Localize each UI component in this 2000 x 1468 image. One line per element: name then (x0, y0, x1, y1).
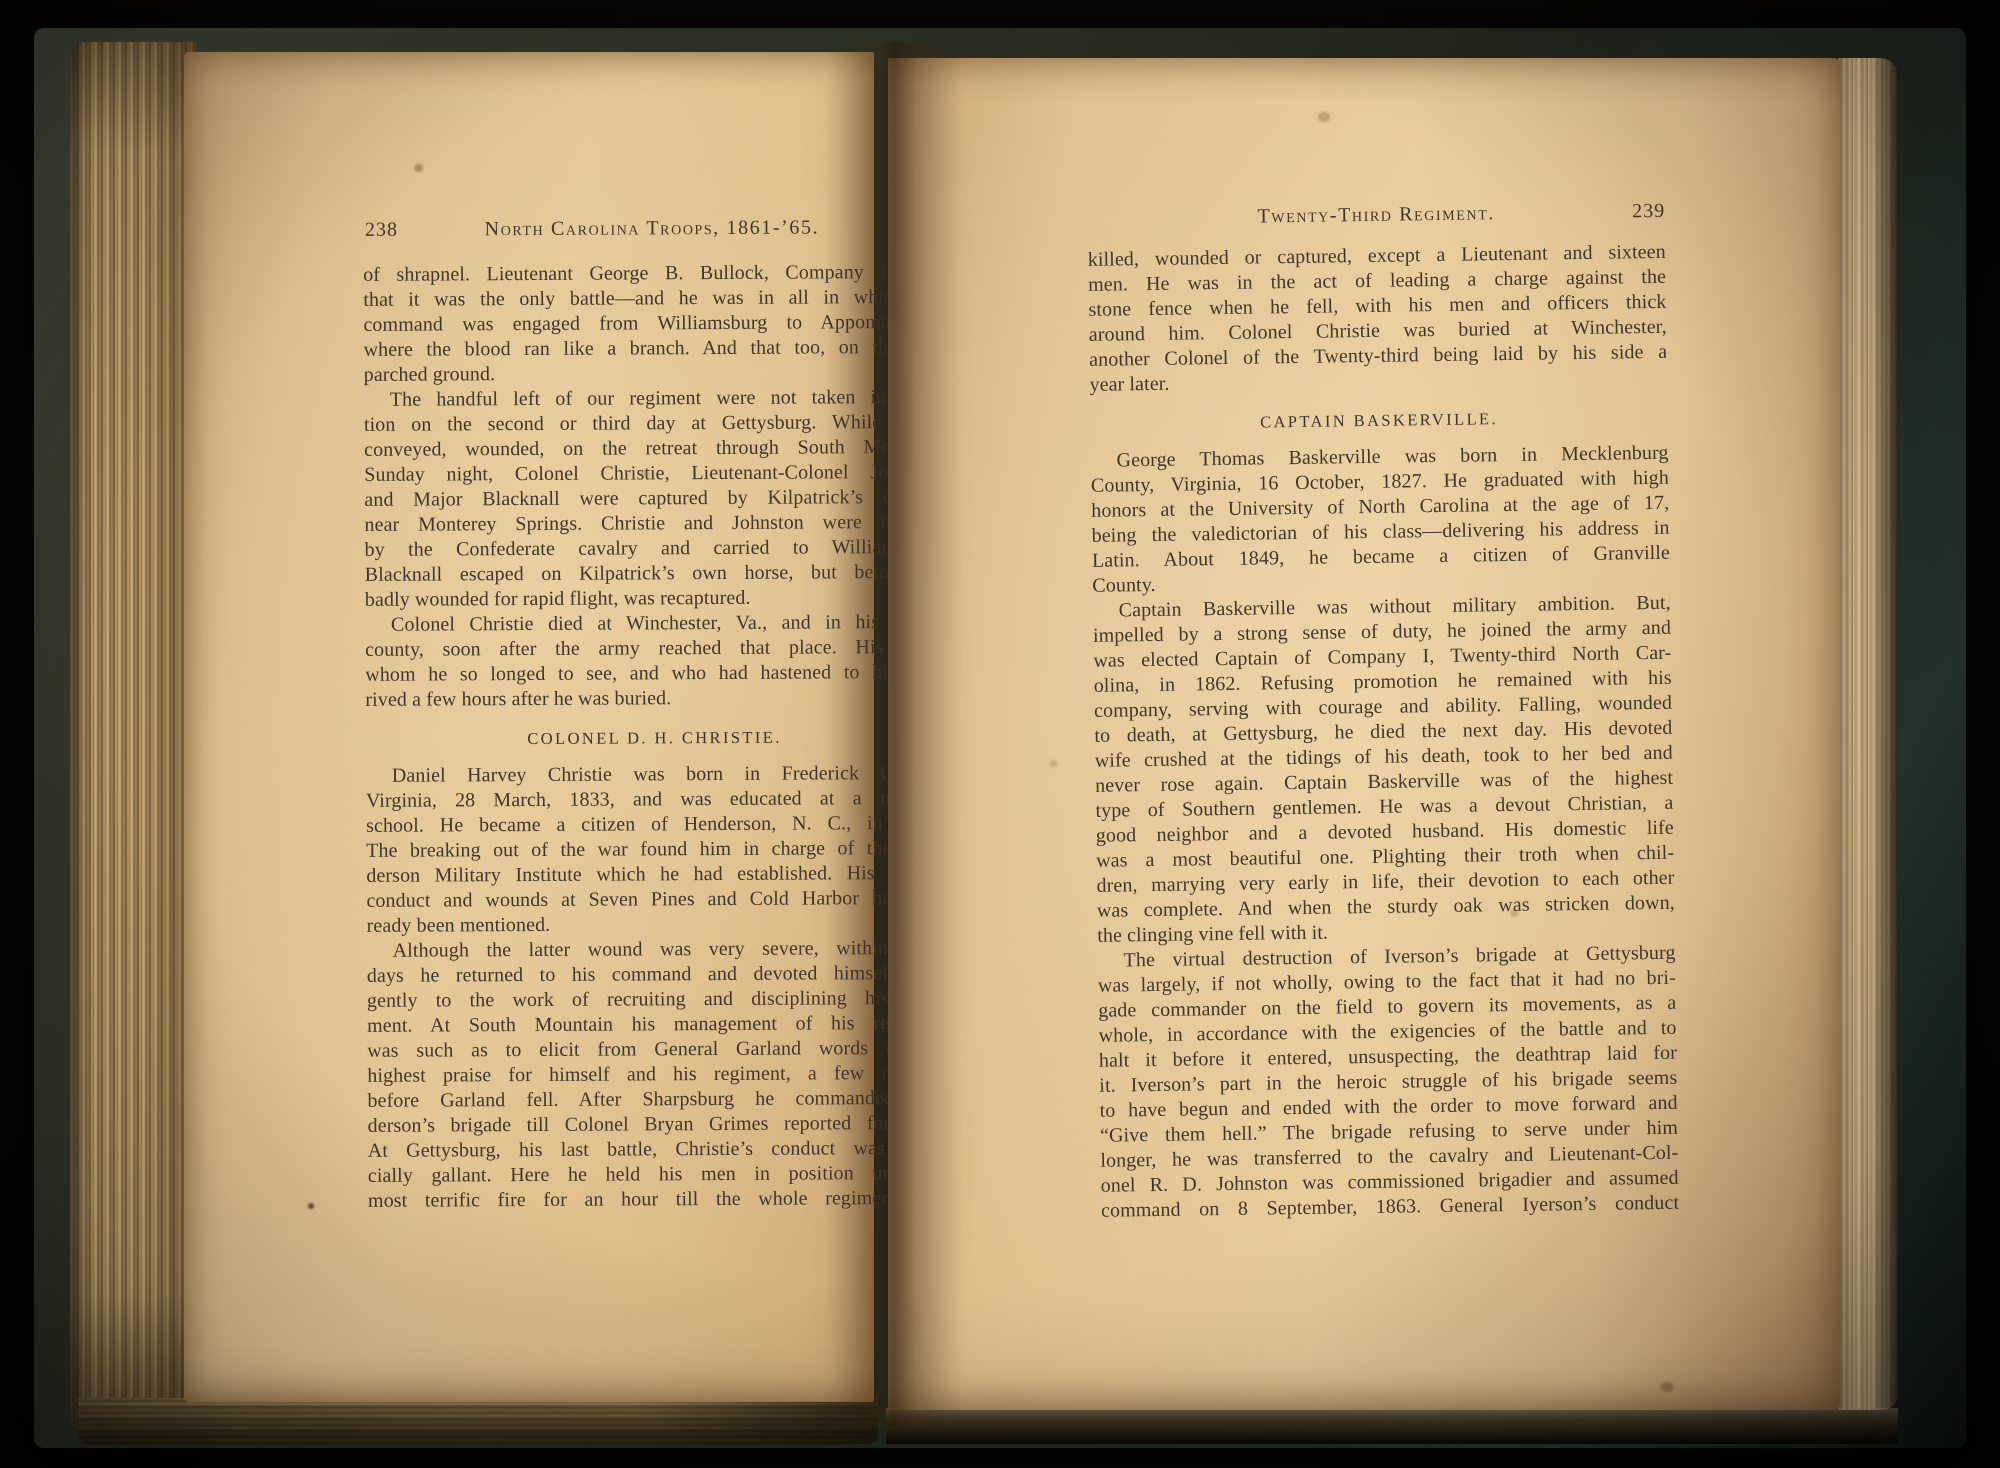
running-head-right: Twenty-Third Regiment. (1087, 200, 1665, 231)
text-line: near Monterey Springs. Christie and John… (364, 510, 942, 538)
paragraph: killed, wounded or captured, except a Li… (1088, 240, 1668, 398)
text-line: Daniel Harvey Christie was born in Frede… (366, 761, 944, 789)
paragraph: George Thomas Baskerville was born in Me… (1090, 441, 1670, 599)
book-photo: 238 North Carolina Troops, 1861-’65. of … (0, 0, 2000, 1468)
left-page-content: 238 North Carolina Troops, 1861-’65. of … (184, 50, 881, 1404)
text-line: school. He became a citizen of Henderson… (366, 811, 944, 839)
text-line: days he returned to his command and devo… (367, 961, 945, 989)
text-line: Blacknall escaped on Kilpatrick’s own ho… (365, 560, 943, 588)
text-line: command was engaged from Williamsburg to… (363, 310, 941, 338)
text-line: tion on the second or third day at Getty… (364, 410, 942, 438)
text-line: where the blood ran like a branch. And t… (363, 335, 941, 363)
paragraph: Captain Baskerville was without military… (1093, 591, 1676, 949)
text-line: conveyed, wounded, on the retreat throug… (364, 435, 942, 463)
text-line: derson’s brigade till Colonel Bryan Grim… (368, 1111, 946, 1139)
text-line: by the Confederate cavalry and carried t… (365, 535, 943, 563)
right-page: Twenty-Third Regiment. 239 killed, wound… (888, 58, 1840, 1410)
text-line: county, soon after the army reached that… (365, 635, 943, 663)
page-edges-left (70, 42, 196, 1432)
text-line: Although the latter wound was very sever… (367, 936, 945, 964)
text-line: derson Military Institute which he had e… (366, 861, 944, 889)
text-line: was such as to elicit from General Garla… (367, 1036, 945, 1064)
section-heading: Captain Baskerville. (1090, 404, 1668, 437)
text-line: badly wounded for rapid flight, was reca… (365, 585, 943, 613)
text-line: At Gettysburg, his last battle, Christie… (368, 1136, 946, 1164)
section-heading: Colonel D. H. Christie. (366, 724, 944, 752)
paragraph: The virtual destruction of Iverson’s bri… (1097, 941, 1679, 1224)
text-line: ment. At South Mountain his management o… (367, 1011, 945, 1039)
text-line: parched ground. (364, 360, 942, 388)
page-edges-bottom (78, 1398, 878, 1444)
text-line: of shrapnel. Lieutenant George B. Bulloc… (363, 260, 941, 288)
text-line: most terrific fire for an hour till the … (368, 1186, 946, 1214)
text-line: that it was the only battle—and he was i… (363, 285, 941, 313)
left-page: 238 North Carolina Troops, 1861-’65. of … (184, 52, 874, 1402)
paragraph: Colonel Christie died at Winchester, Va.… (365, 610, 944, 713)
text-line: Virginia, 28 March, 1833, and was educat… (366, 786, 944, 814)
right-page-header: Twenty-Third Regiment. 239 (1087, 200, 1665, 238)
paragraph: Although the latter wound was very sever… (367, 936, 946, 1214)
text-line: Colonel Christie died at Winchester, Va.… (365, 610, 943, 638)
text-line: ready been mentioned. (367, 911, 945, 939)
text-line: The handful left of our regiment were no… (364, 385, 942, 413)
running-head-left: North Carolina Troops, 1861-’65. (363, 216, 941, 242)
text-line: cially gallant. Here he held his men in … (368, 1161, 946, 1189)
text-line: before Garland fell. After Sharpsburg he… (367, 1086, 945, 1114)
left-page-header: 238 North Carolina Troops, 1861-’65. (363, 216, 941, 249)
text-line: and Major Blacknall were captured by Kil… (364, 485, 942, 513)
paragraph: of shrapnel. Lieutenant George B. Bulloc… (363, 260, 942, 388)
right-page-content: Twenty-Third Regiment. 239 killed, wound… (888, 51, 1859, 1416)
page-number-right: 239 (1632, 200, 1665, 223)
paragraph: The handful left of our regiment were no… (364, 385, 943, 613)
left-page-body: of shrapnel. Lieutenant George B. Bulloc… (363, 260, 946, 1214)
right-page-body: killed, wounded or captured, except a Li… (1088, 240, 1680, 1224)
text-line: highest praise for himself and his regim… (367, 1061, 945, 1089)
text-line: rived a few hours after he was buried. (365, 685, 943, 713)
text-line: gently to the work of recruiting and dis… (367, 986, 945, 1014)
text-line: The breaking out of the war found him in… (366, 836, 944, 864)
text-line: conduct and wounds at Seven Pines and Co… (366, 886, 944, 914)
paragraph: Daniel Harvey Christie was born in Frede… (366, 761, 945, 939)
text-line: whom he so longed to see, and who had ha… (365, 660, 943, 688)
text-line: Sunday night, Colonel Christie, Lieutena… (364, 460, 942, 488)
